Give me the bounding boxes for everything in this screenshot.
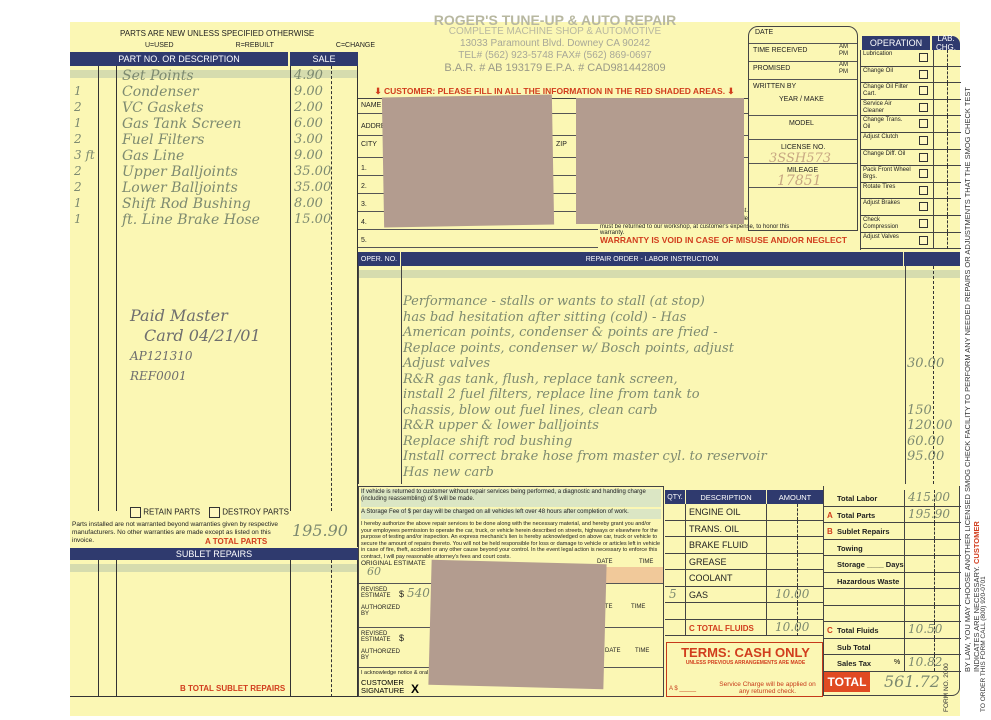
operation-label: Adjust Clutch xyxy=(863,134,911,141)
date-label: DATE xyxy=(605,648,621,654)
parts-notice: PARTS ARE NEW UNLESS SPECIFIED OTHERWISE xyxy=(120,29,314,38)
operation-label: Adjust Brakes xyxy=(863,200,911,207)
operation-checkbox[interactable] xyxy=(919,169,928,178)
fluid-description: GREASE xyxy=(689,557,727,567)
fluid-row: 5GAS10.00 xyxy=(665,587,823,604)
col-oper-no: OPER. NO. xyxy=(358,252,400,266)
labor-line: Install correct brake hose from master c… xyxy=(403,449,767,464)
part-sale: 2.00 xyxy=(294,100,323,115)
part-qty: 2 xyxy=(74,132,82,146)
sublet-header: SUBLET REPAIRS xyxy=(70,548,358,560)
lab-charge-header: LAB. CHG. xyxy=(932,36,960,50)
totals-row: CTotal Fluids10.50 xyxy=(824,622,961,639)
legend-rebuilt: R=REBUILT xyxy=(236,42,274,49)
totals-prefix: B xyxy=(827,527,833,536)
fluid-amount: 10.00 xyxy=(775,587,809,601)
destroy-parts-checkbox[interactable] xyxy=(209,507,220,518)
am-pm: AMPM xyxy=(839,62,848,76)
operation-checkbox[interactable] xyxy=(919,186,928,195)
operation-checkbox[interactable] xyxy=(919,136,928,145)
totals-row xyxy=(824,606,961,623)
operation-row: Lubrication xyxy=(861,50,961,67)
service-charge-note: Service Charge will be applied on any re… xyxy=(715,681,820,695)
legend-used: U=USED xyxy=(145,42,174,49)
operation-checkbox[interactable] xyxy=(919,53,928,62)
labor-amount: 30.00 xyxy=(907,356,944,371)
operation-checkbox[interactable] xyxy=(919,70,928,79)
operation-row: Check Compression xyxy=(861,216,961,233)
year-make-label: YEAR / MAKE xyxy=(779,96,824,103)
total-parts-label: A TOTAL PARTS xyxy=(205,537,267,546)
totals-label: Total Parts xyxy=(837,511,875,520)
operation-row: Rotate Tires xyxy=(861,183,961,200)
labor-line: R&R gas tank, flush, replace tank screen… xyxy=(403,372,678,387)
labor-line: Replace points, condenser w/ Bosch point… xyxy=(403,341,734,356)
labor-table: Performance - stalls or wants to stall (… xyxy=(358,266,960,484)
col-labor-instruction: REPAIR ORDER - LABOR INSTRUCTION xyxy=(401,252,903,266)
part-sale: 6.00 xyxy=(294,116,323,131)
dollar-sign: $ xyxy=(399,589,404,599)
revised-estimate-label: REVISED ESTIMATE xyxy=(361,631,391,643)
operation-label: Change Oil Filter Cart. xyxy=(863,84,911,98)
redaction-sticker xyxy=(576,98,744,224)
part-qty: 2 xyxy=(74,164,82,178)
operation-checkbox[interactable] xyxy=(919,219,928,228)
original-estimate-value: 60 xyxy=(367,565,381,578)
total-fluids-label: C TOTAL FLUIDS xyxy=(689,624,754,633)
legal-text: I hereby authorize the above repair serv… xyxy=(361,521,661,560)
operation-label: Check Compression xyxy=(863,217,911,231)
operation-row: Service Air Cleaner xyxy=(861,100,961,117)
signature-field[interactable]: X xyxy=(411,682,419,696)
totals-value: 10.82 xyxy=(908,655,942,669)
payment-note-line: Card 04/21/01 xyxy=(130,326,261,346)
totals-label: Total Labor xyxy=(837,494,877,503)
labor-amount: 120.00 xyxy=(907,418,953,433)
part-description: Gas Tank Screen xyxy=(122,116,241,132)
totals-row: Towing xyxy=(824,540,961,557)
totals-label: Towing xyxy=(837,544,863,553)
smog-law-text: BY LAW, YOU MAY CHOOSE ANOTHER LICENSED … xyxy=(963,52,981,672)
operation-label: Service Air Cleaner xyxy=(863,101,911,115)
totals-value: 195.90 xyxy=(908,507,950,521)
part-description: VC Gaskets xyxy=(122,100,204,116)
payment-note-line: REF0001 xyxy=(130,366,261,386)
vehicle-info: DATE TIME RECEIVED AMPM PROMISED AMPM WR… xyxy=(748,26,858,231)
part-qty: 1 xyxy=(74,196,82,210)
returned-check-amount: A $ _____ xyxy=(669,686,696,692)
totals-row: Sales Tax%10.82 xyxy=(824,655,961,672)
storage-notice: A Storage Fee of $ per day will be charg… xyxy=(361,509,661,519)
labor-amount: 150 xyxy=(907,403,932,418)
parts-footer: RETAIN PARTS DESTROY PARTS Parts install… xyxy=(70,511,358,547)
model-label: MODEL xyxy=(789,120,814,127)
warranty-void: WARRANTY IS VOID IN CASE OF MISUSE AND/O… xyxy=(600,235,840,245)
redaction-sticker xyxy=(382,95,554,228)
vehicle-note-line: 1. xyxy=(361,165,367,172)
part-sale: 3.00 xyxy=(294,132,323,147)
vehicle-note-line: 4. xyxy=(361,219,367,226)
labor-line: Replace shift rod bushing xyxy=(403,434,572,449)
shop-tagline: COMPLETE MACHINE SHOP & AUTOMOTIVE xyxy=(360,26,750,37)
am-pm: AMPM xyxy=(839,44,848,58)
labor-line: chassis, blow out fuel lines, clean carb xyxy=(403,403,657,418)
vehicle-note-line: 5. xyxy=(361,237,367,244)
operation-label: Change Trans. Oil xyxy=(863,117,911,131)
totals-label: Total Fluids xyxy=(837,626,879,635)
form-number: FORM NO. 2000 xyxy=(943,582,950,712)
part-sale: 35.00 xyxy=(294,164,331,179)
totals-row: Total Labor415.00 xyxy=(824,490,961,507)
part-description: Gas Line xyxy=(122,148,184,164)
fluid-description: BRAKE FLUID xyxy=(689,540,748,550)
part-description: Condenser xyxy=(122,84,199,100)
shop-registration: B.A.R. # AB 193179 E.P.A. # CAD981442809 xyxy=(360,62,750,74)
part-description: Lower Balljoints xyxy=(122,180,238,196)
col-part-description: PART NO. OR DESCRIPTION xyxy=(70,52,288,66)
fluid-qty: 5 xyxy=(669,587,677,601)
operation-header: OPERATION xyxy=(862,36,930,50)
sublet-table: B TOTAL SUBLET REPAIRS xyxy=(70,560,358,697)
operation-row: Adjust Clutch xyxy=(861,133,961,150)
totals-row: Storage ____ Days xyxy=(824,556,961,573)
col-sale: SALE xyxy=(290,52,358,66)
terms-subtitle: UNLESS PREVIOUS ARRANGEMENTS ARE MADE xyxy=(667,660,824,666)
operation-label: Change Oil xyxy=(863,68,911,75)
time-received-label: TIME RECEIVED xyxy=(753,47,807,54)
part-qty: 1 xyxy=(74,116,82,130)
totals-prefix: A xyxy=(827,511,833,520)
part-qty: 1 xyxy=(74,212,82,226)
labor-line: Performance - stalls or wants to stall (… xyxy=(403,294,705,309)
labor-line: Has new carb xyxy=(403,465,494,480)
fluid-row xyxy=(665,603,823,620)
totals-value: 415.00 xyxy=(908,490,950,504)
labor-amount: 95.00 xyxy=(907,449,944,464)
totals-row: Hazardous Waste xyxy=(824,573,961,590)
fluid-description: ENGINE OIL xyxy=(689,507,741,517)
operation-checkbox[interactable] xyxy=(919,86,928,95)
fluids-table: QTY. DESCRIPTION AMOUNT ENGINE OILTRANS.… xyxy=(665,486,823,634)
diagnostic-notice: If vehicle is returned to customer witho… xyxy=(361,489,661,507)
retain-parts-label: RETAIN PARTS xyxy=(143,508,200,517)
operation-label: Pack Front Wheel Brgs. xyxy=(863,167,911,181)
total-value: 561.72 xyxy=(884,672,940,691)
customer-notice-text: CUSTOMER: PLEASE FILL IN ALL THE INFORMA… xyxy=(384,86,725,96)
part-description: Shift Rod Bushing xyxy=(122,196,251,212)
customer-notice: ⬇ CUSTOMER: PLEASE FILL IN ALL THE INFOR… xyxy=(362,86,747,97)
total-fluids-value: 10.00 xyxy=(775,620,809,634)
authorized-by-label: AUTHORIZED BY xyxy=(361,605,391,617)
written-by-label: WRITTEN BY xyxy=(753,83,796,90)
part-description: ft. Line Brake Hose xyxy=(122,212,260,228)
operation-checkbox[interactable] xyxy=(919,202,928,211)
col-amount: AMOUNT xyxy=(767,490,823,504)
part-qty: 2 xyxy=(74,100,82,114)
totals-row: ATotal Parts195.90 xyxy=(824,507,961,524)
vehicle-note-line: 2. xyxy=(361,183,367,190)
revised-estimate-label: REVISED ESTIMATE xyxy=(361,587,391,599)
name-label: NAME xyxy=(361,102,381,109)
vehicle-note-line: 3. xyxy=(361,201,367,208)
operation-checkbox[interactable] xyxy=(919,153,928,162)
totals-prefix: C xyxy=(827,626,833,635)
operation-label: Change Diff. Oil xyxy=(863,151,911,158)
parts-options: RETAIN PARTS DESTROY PARTS xyxy=(130,507,289,518)
part-sale: 9.00 xyxy=(294,84,323,99)
operation-row: Adjust Brakes xyxy=(861,199,961,216)
payment-note-line: Paid Master xyxy=(130,306,261,326)
total-label: TOTAL xyxy=(824,672,870,692)
operation-checkbox[interactable] xyxy=(919,119,928,128)
terms-title: TERMS: CASH ONLY xyxy=(667,645,824,660)
retain-parts-checkbox[interactable] xyxy=(130,507,141,518)
col-qty: QTY. xyxy=(665,490,685,504)
authorized-by-label: AUTHORIZED BY xyxy=(361,649,391,661)
dollar-sign: $ xyxy=(399,633,404,643)
shop-phone: TEL# (562) 923-5748 FAX# (562) 869-0697 xyxy=(360,50,750,61)
part-sale: 8.00 xyxy=(294,196,323,211)
order-form-text: TO ORDER THIS FORM CALL (800) 920-0701 xyxy=(980,542,987,712)
part-sale: 9.00 xyxy=(294,148,323,163)
totals-row: BSublet Repairs xyxy=(824,523,961,540)
revised-estimate-value: 540 xyxy=(407,586,430,600)
city-label: CITY xyxy=(361,141,377,148)
part-description: Upper Balljoints xyxy=(122,164,238,180)
shop-address: 13033 Paramount Blvd. Downey CA 90242 xyxy=(360,38,750,49)
part-description: Fuel Filters xyxy=(122,132,204,148)
operation-label: Rotate Tires xyxy=(863,184,911,191)
totals-label: Sub Total xyxy=(837,643,871,652)
operation-checkbox[interactable] xyxy=(919,103,928,112)
operation-row: Change Diff. Oil xyxy=(861,150,961,167)
fluid-row: C TOTAL FLUIDS10.00 xyxy=(665,620,823,637)
totals-label: Hazardous Waste xyxy=(837,577,899,586)
fluid-row: TRANS. OIL xyxy=(665,521,823,538)
total-sublet-label: B TOTAL SUBLET REPAIRS xyxy=(180,684,285,693)
promised-label: PROMISED xyxy=(753,65,790,72)
total-parts-value: 195.90 xyxy=(292,521,348,540)
operation-row: Pack Front Wheel Brgs. xyxy=(861,166,961,183)
labor-line: has bad hesitation after sitting (cold) … xyxy=(403,310,686,325)
operation-row: Change Oil Filter Cart. xyxy=(861,83,961,100)
totals-row xyxy=(824,589,961,606)
col-description: DESCRIPTION xyxy=(686,490,766,504)
part-sale: 35.00 xyxy=(294,180,331,195)
part-sale: 4.90 xyxy=(294,68,323,83)
labor-line: American points, condenser & points are … xyxy=(403,325,718,340)
part-qty: 2 xyxy=(74,180,82,194)
operation-row: Change Trans. Oil xyxy=(861,116,961,133)
operation-row: Change Oil xyxy=(861,67,961,84)
fluid-row: BRAKE FLUID xyxy=(665,537,823,554)
labor-line: R&R upper & lower balljoints xyxy=(403,418,599,433)
totals-table: Total Labor415.00ATotal Parts195.90BSubl… xyxy=(823,486,960,696)
zip-label: ZIP xyxy=(556,141,567,148)
terms-box: TERMS: CASH ONLY UNLESS PREVIOUS ARRANGE… xyxy=(666,642,823,697)
license-label: LICENSE NO. xyxy=(781,144,825,151)
fluid-row: COOLANT xyxy=(665,570,823,587)
time-label: TIME xyxy=(639,559,653,565)
part-sale: 15.00 xyxy=(294,212,331,227)
operation-checkbox[interactable] xyxy=(919,236,928,245)
labor-line: install 2 fuel filters, replace line fro… xyxy=(403,387,700,402)
totals-value: 10.50 xyxy=(908,622,942,636)
date-label: DATE xyxy=(755,29,773,36)
totals-row: Sub Total xyxy=(824,639,961,656)
smog-law: BY LAW, YOU MAY CHOOSE ANOTHER LICENSED … xyxy=(963,87,981,672)
parts-legend: U=USED R=REBUILT C=CHANGE xyxy=(145,42,375,49)
operation-label: Lubrication xyxy=(863,51,911,58)
destroy-parts-label: DESTROY PARTS xyxy=(222,508,289,517)
part-qty: 1 xyxy=(74,84,82,98)
payment-note: Paid Master Card 04/21/01 AP121310 REF00… xyxy=(130,306,261,386)
fluid-description: COOLANT xyxy=(689,573,733,583)
labor-amount: 60.00 xyxy=(907,434,944,449)
redaction-sticker xyxy=(428,560,606,690)
time-label: TIME xyxy=(631,604,645,610)
operation-label: Adjust Valves xyxy=(863,234,911,241)
totals-label: Storage ____ Days xyxy=(837,560,904,569)
parts-table: Set Points4.901Condenser9.002VC Gaskets2… xyxy=(70,66,358,511)
totals-label: Sublet Repairs xyxy=(837,527,890,536)
part-description: Set Points xyxy=(122,68,194,84)
customer-signature-label: CUSTOMER SIGNATURE xyxy=(361,679,411,695)
operations-list: LubricationChange OilChange Oil Filter C… xyxy=(860,50,960,250)
labor-line: Adjust valves xyxy=(403,356,490,371)
fluid-description: GAS xyxy=(689,590,708,600)
payment-note-line: AP121310 xyxy=(130,346,261,366)
totals-label: Sales Tax xyxy=(837,659,871,668)
fluid-row: ENGINE OIL xyxy=(665,504,823,521)
tax-percent: % xyxy=(894,659,900,666)
fluid-row: GREASE xyxy=(665,554,823,571)
part-qty: 3 ft xyxy=(74,148,95,162)
fluid-description: TRANS. OIL xyxy=(689,524,739,534)
operation-row: Adjust Valves xyxy=(861,233,961,250)
time-label: TIME xyxy=(635,648,649,654)
